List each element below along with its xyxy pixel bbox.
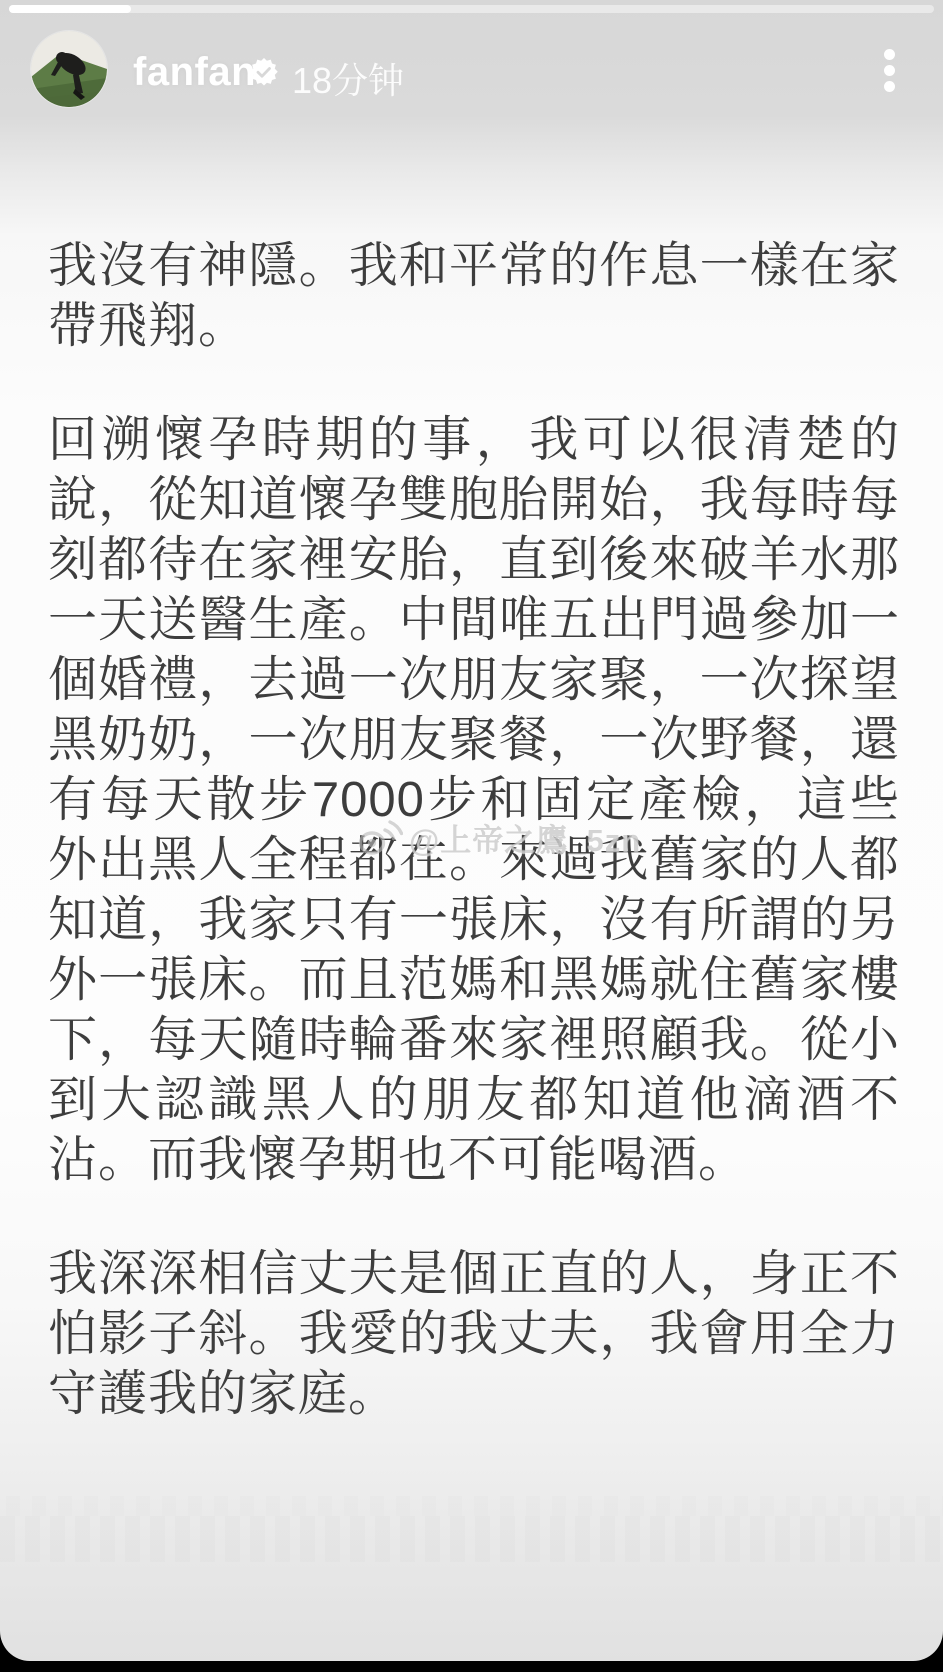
- background-texture: [0, 1496, 943, 1516]
- phone-screen: fanfan 18分钟 我沒有神隱。我和平常的作息一樣在家帶飛翔。回溯懷孕時期的…: [0, 0, 943, 1672]
- username[interactable]: fanfan: [133, 50, 256, 95]
- avatar[interactable]: [31, 31, 107, 107]
- more-options-icon[interactable]: [884, 49, 896, 93]
- verified-badge-icon: [249, 58, 279, 88]
- post-text: 我沒有神隱。我和平常的作息一樣在家帶飛翔。回溯懷孕時期的事，我可以很清楚的說，從…: [48, 236, 900, 1478]
- background-texture: [0, 1516, 943, 1562]
- story-header: fanfan 18分钟: [0, 0, 943, 140]
- paragraph: 回溯懷孕時期的事，我可以很清楚的說，從知道懷孕雙胞胎開始，我每時每刻都待在家裡安…: [48, 410, 900, 1190]
- paragraph: 我深深相信丈夫是個正直的人，身正不怕影子斜。我愛的我丈夫，我會用全力守護我的家庭…: [48, 1244, 900, 1424]
- story-card[interactable]: fanfan 18分钟 我沒有神隱。我和平常的作息一樣在家帶飛翔。回溯懷孕時期的…: [0, 0, 943, 1661]
- timestamp: 18分钟: [292, 53, 404, 104]
- paragraph: 我沒有神隱。我和平常的作息一樣在家帶飛翔。: [48, 236, 900, 356]
